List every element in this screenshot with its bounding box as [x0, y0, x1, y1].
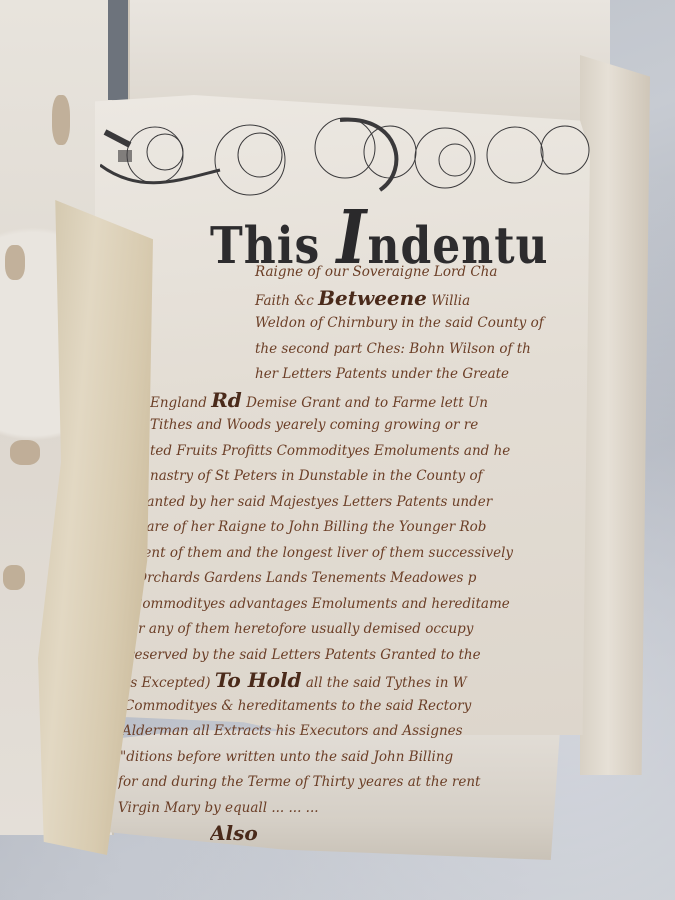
shadow-gap — [108, 0, 130, 100]
text-line: ted Fruits Profitts Commodityes Emolumen… — [150, 439, 588, 465]
emphasized-word: To Hold — [215, 668, 302, 692]
text-line: rare of her Raigne to John Billing the Y… — [140, 515, 588, 541]
stain — [3, 565, 25, 590]
text-line: for and during the Terme of Thirty yeare… — [118, 770, 588, 796]
text-line: nastry of St Peters in Dunstable in the … — [150, 464, 588, 490]
emphasized-word: Rd — [211, 388, 242, 412]
stain — [10, 440, 40, 465]
emphasized-word: Betweene — [318, 286, 427, 310]
text-line: Commodityes advantages Emoluments and he… — [132, 592, 588, 618]
text-line: Weldon of Chirnbury in the said County o… — [150, 311, 588, 337]
text-line: or any of them heretofore usually demise… — [130, 617, 588, 643]
text-line: Commodityes & hereditaments to the said … — [124, 694, 588, 720]
text-line: Tithes and Woods yearely coming growing … — [150, 413, 588, 439]
handwritten-body: Raigne of our Soveraigne Lord Cha Faith … — [150, 260, 588, 847]
text-line: Faith &c Betweene Willia — [150, 286, 588, 312]
stain — [5, 245, 25, 280]
calligraphic-flourish — [100, 110, 610, 200]
text-line: is Excepted) To Hold all the said Tythes… — [126, 668, 588, 694]
text-line: tent of them and the longest liver of th… — [138, 541, 588, 567]
text-line: Orchards Gardens Lands Tenements Meadowe… — [136, 566, 588, 592]
text-line: Raigne of our Soveraigne Lord Cha — [150, 260, 588, 286]
text-line: her Letters Patents under the Greate — [150, 362, 588, 388]
text-line: Alderman all Extracts his Executors and … — [122, 719, 588, 745]
text-line: "ditions before written unto the said Jo… — [120, 745, 588, 771]
text-line: the second part Ches: Bohn Wilson of th — [150, 337, 588, 363]
text-line: reserved by the said Letters Patents Gra… — [128, 643, 588, 669]
text-line: Virgin Mary by equall ... ... ... — [118, 796, 588, 822]
torn-fragment-line: Also — [210, 821, 588, 847]
text-line: ranted by her said Majestyes Letters Pat… — [140, 490, 588, 516]
stain — [52, 95, 70, 145]
text-line: England Rd Demise Grant and to Farme let… — [150, 388, 588, 414]
flourish-icon — [100, 110, 610, 200]
